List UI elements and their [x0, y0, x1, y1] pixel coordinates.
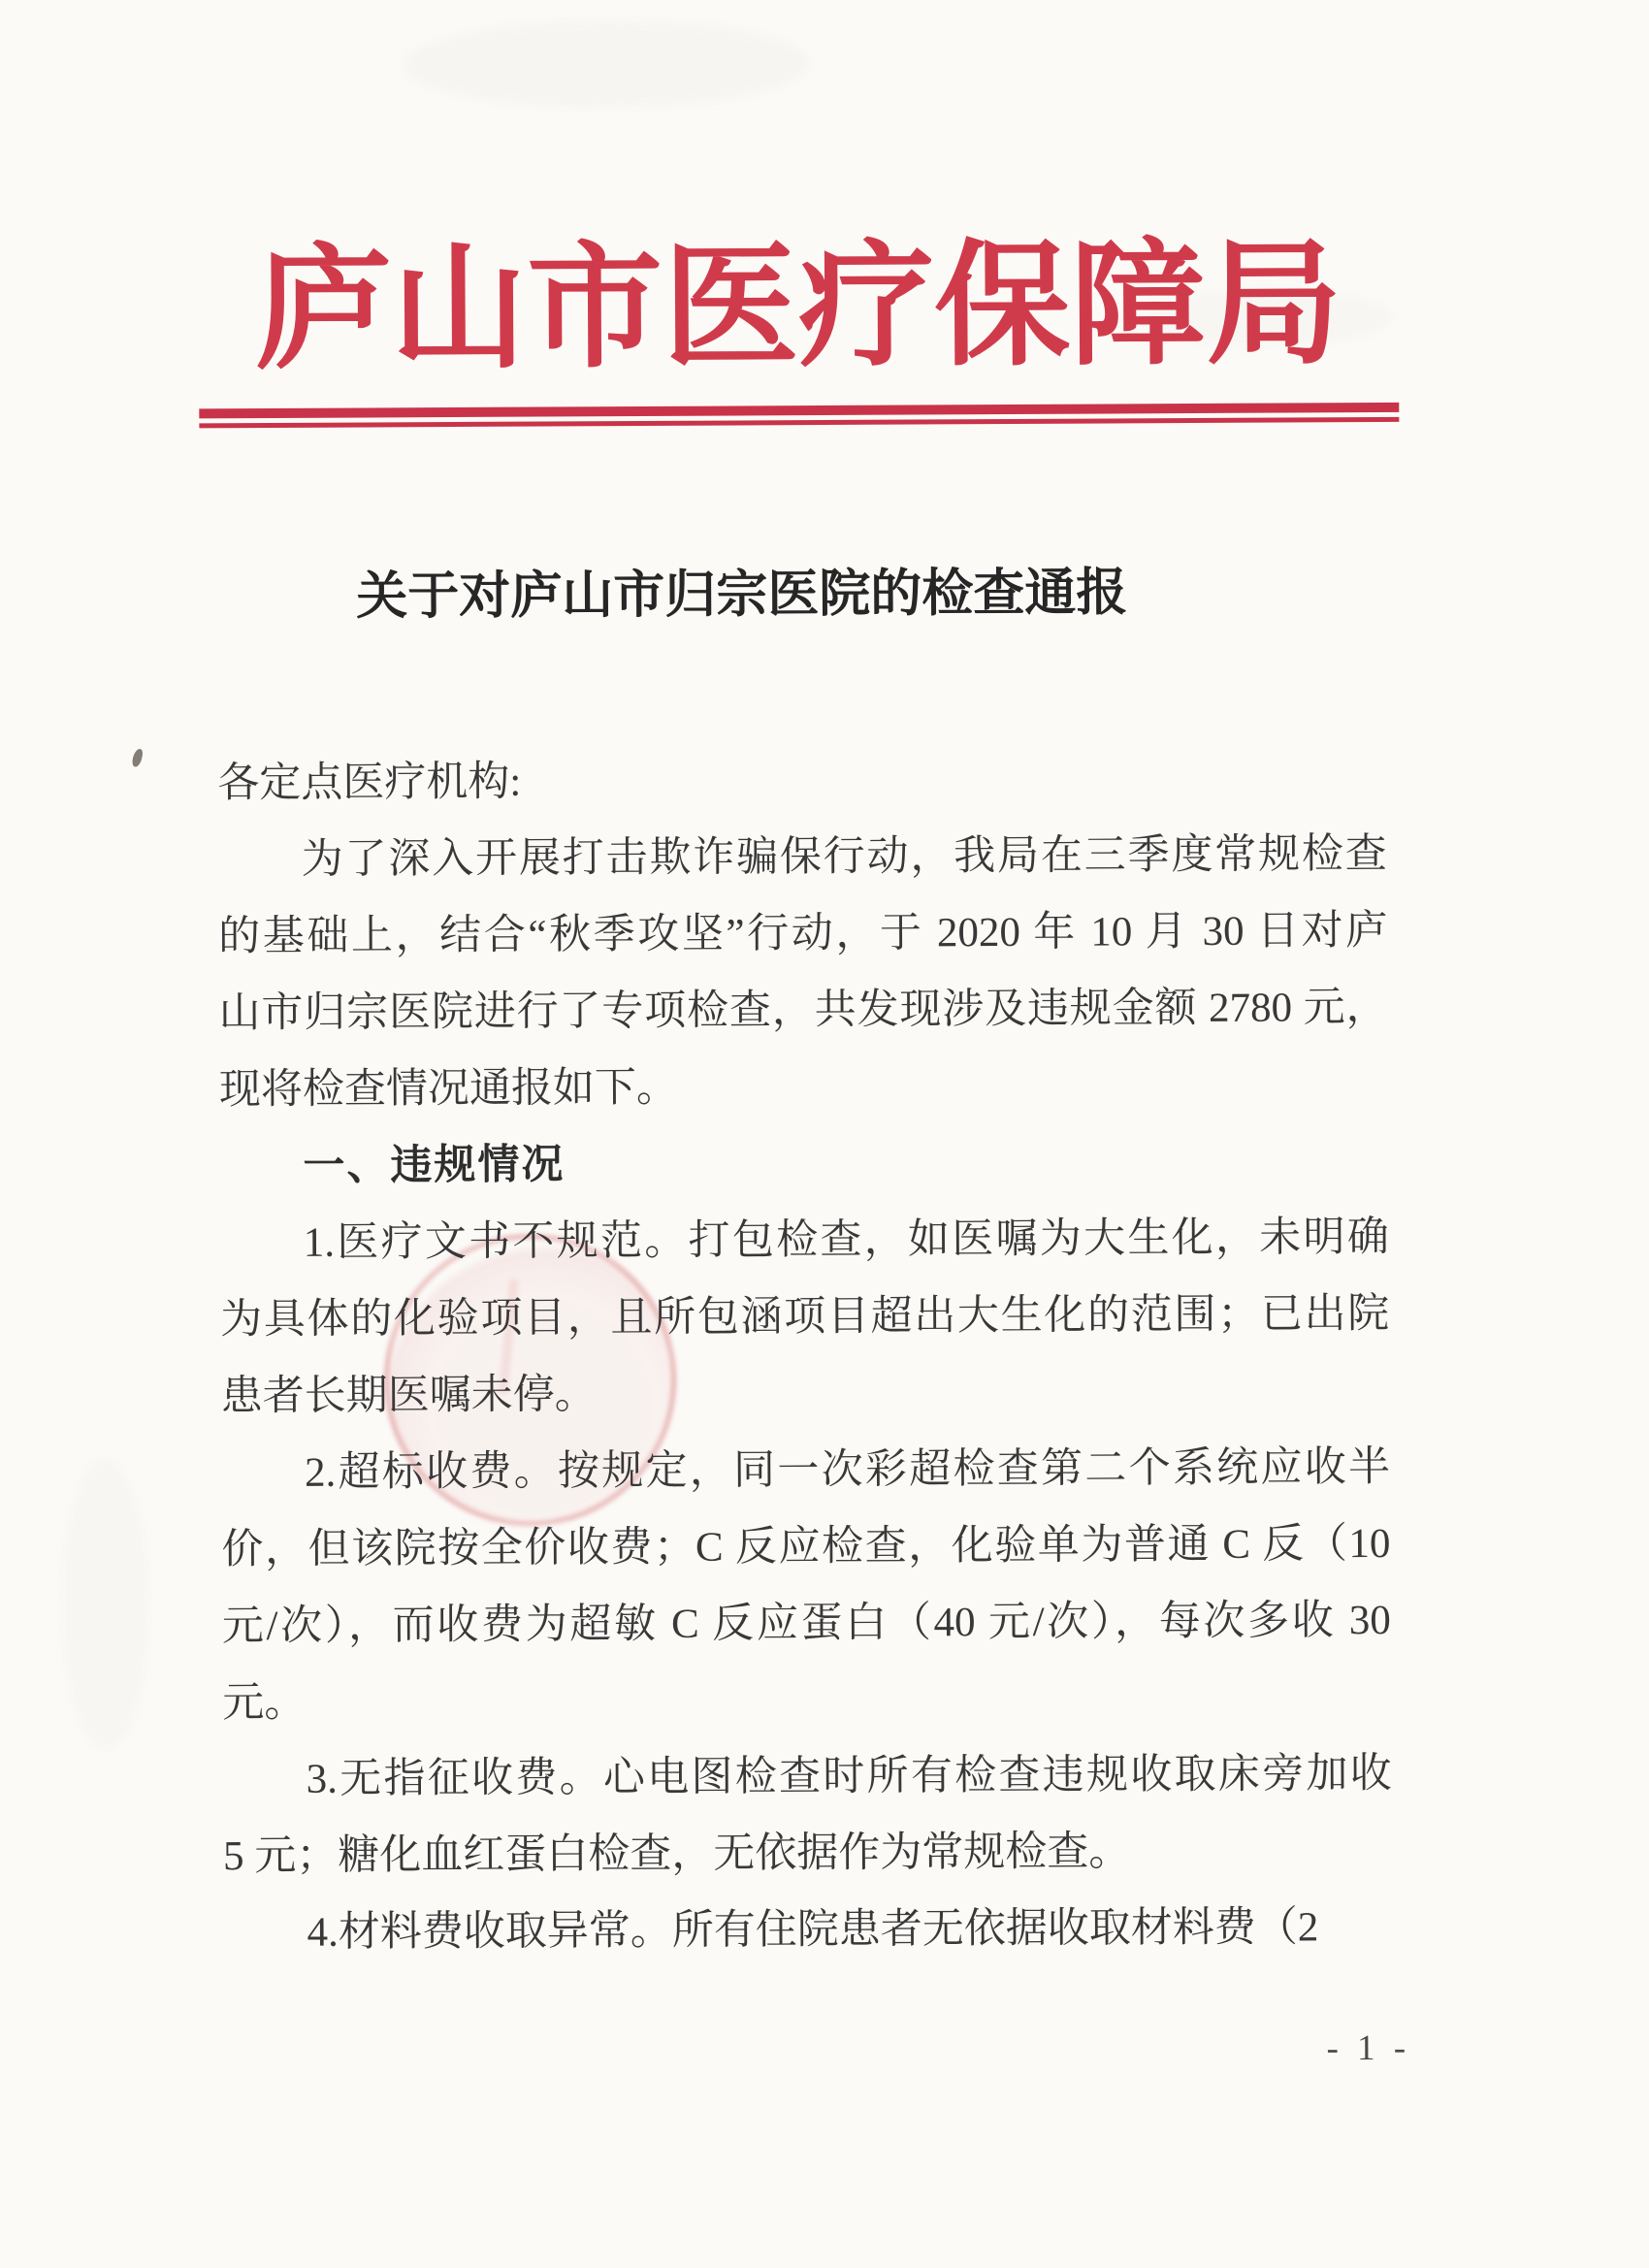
body-line: 价，但该院按全价收费；C 反应检查，化验单为普通 C 反（10	[221, 1506, 1390, 1588]
body-line: 患者长期医嘱未停。	[220, 1352, 1389, 1435]
scan-smudge	[403, 19, 810, 109]
body-line: 的基础上，结合“秋季攻坚”行动，于 2020 年 10 月 30 日对庐	[218, 892, 1387, 975]
body-line: 山市归宗医院进行了专项检查，共发现涉及违规金额 2780 元，	[218, 969, 1387, 1052]
scan-content: 庐山市医疗保障局 关于对庐山市归宗医院的检查通报 各定点医疗机构: 为了深入开展…	[0, 0, 1649, 2268]
page-number: - 1 -	[1326, 2027, 1410, 2069]
body-line: 元。	[222, 1659, 1391, 1741]
body-line: 4.材料费收取异常。所有住院患者无依据收取材料费（2	[223, 1889, 1392, 1971]
letterhead-rule-thin	[199, 417, 1399, 428]
body-line: 元/次），而收费为超敏 C 反应蛋白（40 元/次），每次多收 30	[222, 1582, 1391, 1665]
scanned-document-page: 庐山市医疗保障局 关于对庐山市归宗医院的检查通报 各定点医疗机构: 为了深入开展…	[0, 0, 1649, 2268]
body-line: 2.超标收费。按规定，同一次彩超检查第二个系统应收半	[221, 1429, 1390, 1511]
section-heading: 一、违规情况	[219, 1122, 1388, 1205]
letterhead-rule-thick	[199, 403, 1399, 418]
body-line: 现将检查情况通报如下。	[219, 1046, 1388, 1128]
document-body: 各定点医疗机构: 为了深入开展打击欺诈骗保行动，我局在三季度常规检查 的基础上，…	[217, 739, 1393, 1971]
body-line: 1.医疗文书不规范。打包检查，如医嘱为大生化，未明确	[220, 1199, 1389, 1281]
document-title: 关于对庐山市归宗医院的检查通报	[142, 558, 1342, 632]
body-line: 为具体的化验项目，且所包涵项目超出大生化的范围；已出院	[220, 1276, 1389, 1358]
scan-smudge	[61, 1459, 150, 1750]
agency-letterhead: 庐山市医疗保障局	[198, 225, 1399, 391]
body-line: 为了深入开展打击欺诈骗保行动，我局在三季度常规检查	[218, 816, 1387, 898]
body-line: 5 元；糖化血红蛋白检查，无依据作为常规检查。	[223, 1812, 1392, 1895]
body-line: 各定点医疗机构:	[217, 739, 1386, 822]
body-line: 3.无指征收费。心电图检查时所有检查违规收取床旁加收	[222, 1735, 1391, 1818]
ink-speck	[131, 748, 144, 768]
